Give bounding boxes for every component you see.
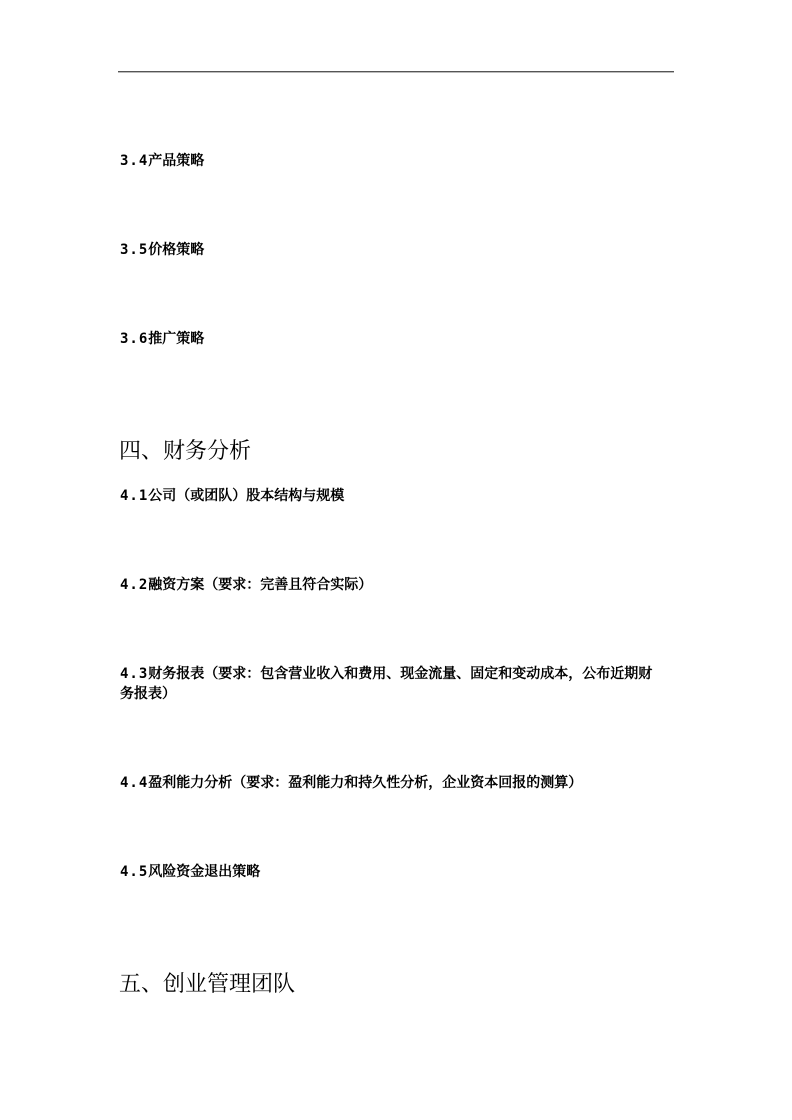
section-4-3: 4.3财务报表（要求：包含营业收入和费用、现金流量、固定和变动成本，公布近期财务… — [120, 664, 665, 704]
section-title: 盈利能力分析（要求：盈利能力和持久性分析，企业资本回报的测算） — [148, 775, 582, 791]
section-3-4: 3.4产品策略 — [120, 151, 204, 171]
section-title: 财务报表（要求：包含营业收入和费用、现金流量、固定和变动成本，公布近期财务报表） — [120, 666, 652, 702]
section-3-6: 3.6推广策略 — [120, 329, 204, 349]
section-number: 4.2 — [120, 577, 148, 593]
section-number: 3.6 — [120, 331, 148, 347]
section-4-2: 4.2融资方案（要求：完善且符合实际） — [120, 575, 372, 595]
section-number: 4.5 — [120, 864, 148, 880]
section-number: 3.4 — [120, 153, 148, 169]
section-number: 4.4 — [120, 775, 148, 791]
section-title: 推广策略 — [148, 331, 204, 347]
section-title: 公司（或团队）股本结构与规模 — [148, 488, 344, 504]
section-title: 风险资金退出策略 — [148, 864, 260, 880]
section-number: 4.1 — [120, 488, 148, 504]
section-number: 3.5 — [120, 242, 148, 258]
section-4-4: 4.4盈利能力分析（要求：盈利能力和持久性分析，企业资本回报的测算） — [120, 773, 582, 793]
header-rule — [118, 71, 674, 73]
section-title: 融资方案（要求：完善且符合实际） — [148, 577, 372, 593]
section-4-1: 4.1公司（或团队）股本结构与规模 — [120, 486, 344, 506]
section-number: 4.3 — [120, 666, 148, 682]
heading-management-team: 五、创业管理团队 — [119, 970, 295, 1000]
section-3-5: 3.5价格策略 — [120, 240, 204, 260]
section-title: 价格策略 — [148, 242, 204, 258]
section-4-5: 4.5风险资金退出策略 — [120, 862, 260, 882]
heading-financial-analysis: 四、财务分析 — [119, 437, 251, 467]
section-title: 产品策略 — [148, 153, 204, 169]
